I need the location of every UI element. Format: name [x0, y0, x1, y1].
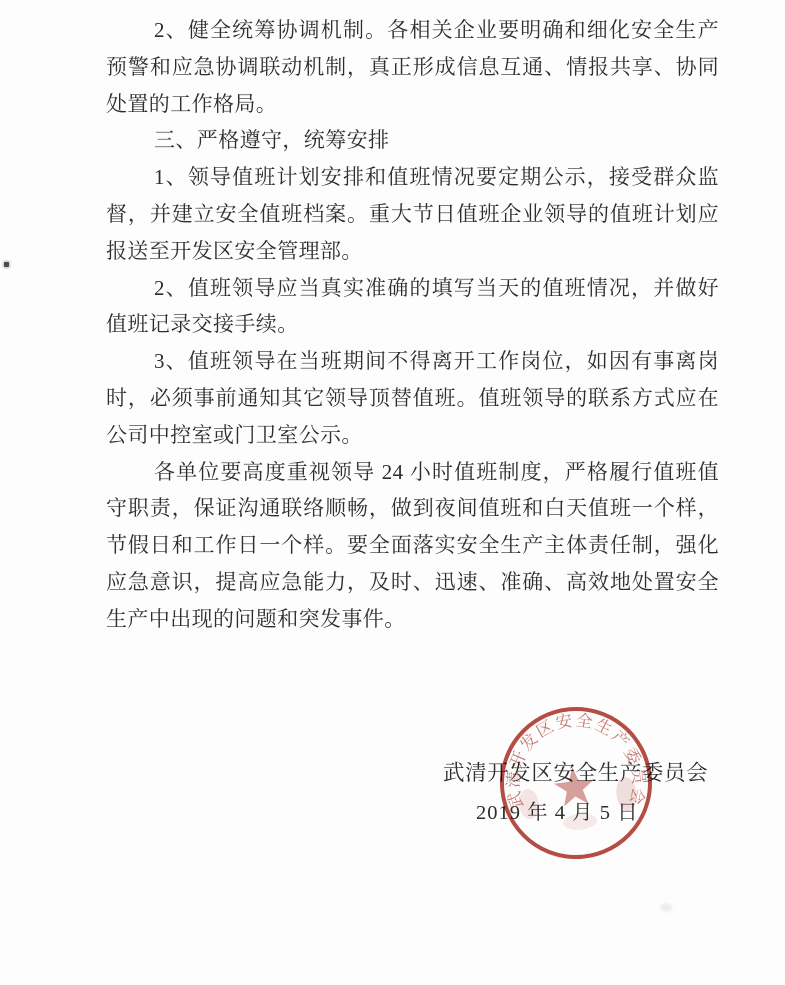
text-line: 预警和应急协调联动机制，真正形成信息互通、情报共享、协同 — [106, 49, 719, 86]
document-body: 2、健全统筹协调机制。各相关企业要明确和细化安全生产预警和应急协调联动机制，真正… — [106, 12, 719, 638]
text-line: 督，并建立安全值班档案。重大节日值班企业领导的值班计划应 — [106, 196, 719, 233]
text-line: 3、值班领导在当班期间不得离开工作岗位，如因有事离岗 — [106, 343, 719, 380]
text-line: 报送至开发区安全管理部。 — [106, 233, 719, 270]
text-line: 节假日和工作日一个样。要全面落实安全生产主体责任制，强化 — [106, 527, 719, 564]
text-line: 2、健全统筹协调机制。各相关企业要明确和细化安全生产 — [106, 12, 719, 49]
text-line: 各单位要高度重视领导 24 小时值班制度，严格履行值班值 — [106, 454, 719, 491]
scan-smudge — [660, 903, 672, 912]
scanned-document-page: 2、健全统筹协调机制。各相关企业要明确和细化安全生产预警和应急协调联动机制，真正… — [0, 0, 785, 985]
text-line: 三、严格遵守，统筹安排 — [106, 122, 719, 159]
text-line: 1、领导值班计划安排和值班情况要定期公示，接受群众监 — [106, 159, 719, 196]
text-line: 2、值班领导应当真实准确的填写当天的值班情况，并做好 — [106, 270, 719, 307]
text-line: 应急意识，提高应急能力，及时、迅速、准确、高效地处置安全 — [106, 564, 719, 601]
text-line: 生产中出现的问题和突发事件。 — [106, 601, 719, 638]
text-line: 守职责，保证沟通联络顺畅，做到夜间值班和白天值班一个样， — [106, 490, 719, 527]
signature-date: 2019 年 4 月 5 日 — [476, 795, 639, 825]
text-line: 公司中控室或门卫室公示。 — [106, 417, 719, 454]
signature-org: 武清开发区安全生产委员会 — [443, 756, 708, 787]
text-line: 时，必须事前通知其它领导顶替值班。值班领导的联系方式应在 — [106, 380, 719, 417]
text-line: 值班记录交接手续。 — [106, 306, 719, 343]
scan-artifact-dot — [4, 262, 9, 267]
text-line: 处置的工作格局。 — [106, 86, 719, 123]
